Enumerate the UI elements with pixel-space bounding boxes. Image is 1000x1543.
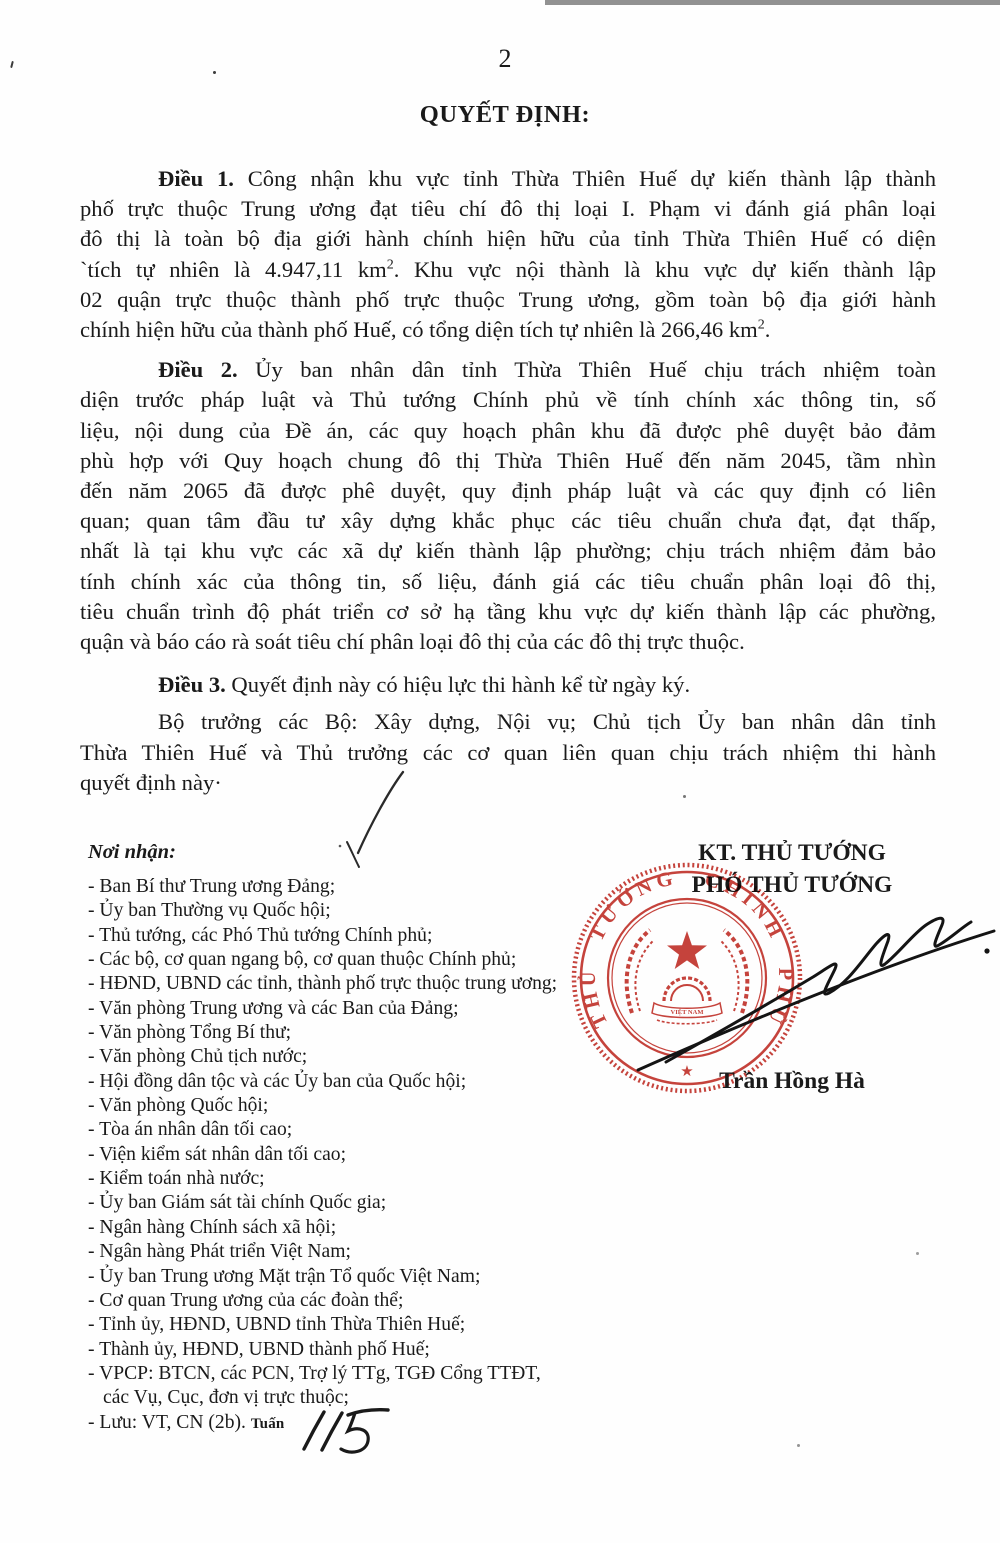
- text-line: đô thị là toàn bộ địa giới hành chính hi…: [80, 224, 936, 254]
- recipient-item: - Hội đồng dân tộc và các Ủy ban của Quố…: [88, 1070, 588, 1094]
- recipient-item: - Ngân hàng Chính sách xã hội;: [88, 1216, 588, 1240]
- recipient-item: - VPCP: BTCN, các PCN, Trợ lý TTg, TGĐ C…: [88, 1362, 588, 1386]
- recipient-item: - Thành ủy, HĐND, UBND thành phố Huế;: [88, 1338, 588, 1362]
- recipient-item: - Tỉnh ủy, HĐND, UBND tỉnh Thừa Thiên Hu…: [88, 1313, 588, 1337]
- text-line: nhất là tại khu vực các xã dự kiến thành…: [80, 536, 936, 566]
- recipient-note-tuan: Tuấn: [251, 1416, 285, 1432]
- recipient-item: - Ủy ban Giám sát tài chính Quốc gia;: [88, 1191, 588, 1215]
- recipient-item: - Cơ quan Trung ương của các đoàn thể;: [88, 1289, 588, 1313]
- recipient-item: - Kiểm toán nhà nước;: [88, 1167, 588, 1191]
- text-line: quan; quan tâm đầu tư xây dựng khắc phục…: [80, 506, 936, 536]
- article-lead: Điều 3.: [158, 672, 226, 697]
- recipient-item: - Thủ tướng, các Phó Thủ tướng Chính phủ…: [88, 924, 588, 948]
- recipient-item: - Tòa án nhân dân tối cao;: [88, 1118, 588, 1142]
- recipient-item: - Ủy ban Thường vụ Quốc hội;: [88, 899, 588, 923]
- scan-speck: [916, 1252, 919, 1255]
- article-2: Điều 2. Ủy ban nhân dân tỉnh Thừa Thiên …: [80, 355, 936, 657]
- recipients-block: Nơi nhận: - Ban Bí thư Trung ương Đảng;-…: [88, 841, 588, 1436]
- text-line: Điều 1. Công nhận khu vực tỉnh Thừa Thiê…: [80, 164, 936, 194]
- text-line: phố trực thuộc Trung ương đạt tiêu chí đ…: [80, 194, 936, 224]
- recipient-item: - Ban Bí thư Trung ương Đảng;: [88, 875, 588, 899]
- recipient-item: - HĐND, UBND các tỉnh, thành phố trực th…: [88, 972, 588, 996]
- scan-speck: [683, 795, 686, 798]
- recipient-item: - Các bộ, cơ quan ngang bộ, cơ quan thuộ…: [88, 948, 588, 972]
- article-lead: Điều 2.: [158, 357, 238, 382]
- text-line: quyết định này·: [80, 768, 936, 798]
- handwritten-mark-115: [295, 1402, 400, 1460]
- article-4: Bộ trưởng các Bộ: Xây dựng, Nội vụ; Chủ …: [80, 707, 936, 798]
- recipient-item: - Ủy ban Trung ương Mặt trận Tổ quốc Việ…: [88, 1265, 588, 1289]
- article-3: Điều 3. Quyết định này có hiệu lực thi h…: [80, 670, 936, 700]
- handwritten-signature: [608, 898, 1000, 1078]
- article-lead: Điều 1.: [158, 166, 234, 191]
- scan-artifact-top: [545, 0, 1000, 5]
- text-line: 02 quận trực thuộc thành phố trực thuộc …: [80, 285, 936, 315]
- document-body: Điều 1. Công nhận khu vực tỉnh Thừa Thiê…: [80, 164, 936, 798]
- scan-speck: [797, 1444, 800, 1447]
- text-line: quận và báo cáo rà soát tiêu chí phân lo…: [80, 627, 936, 657]
- recipient-item: - Văn phòng Tổng Bí thư;: [88, 1021, 588, 1045]
- text-line: diện trước pháp luật và Thủ tướng Chính …: [80, 385, 936, 415]
- text-line: liệu, nội dung của Đề án, các quy hoạch …: [80, 416, 936, 446]
- recipients-list: - Ban Bí thư Trung ương Đảng;- Ủy ban Th…: [88, 875, 588, 1436]
- text-line: Thừa Thiên Huế và Thủ trưởng các cơ quan…: [80, 738, 936, 768]
- text-line: đến năm 2065 đã được phê duyệt, quy định…: [80, 476, 936, 506]
- recipient-item: - Ngân hàng Phát triển Việt Nam;: [88, 1240, 588, 1264]
- pen-stroke-marks: [330, 750, 420, 875]
- article-1: Điều 1. Công nhận khu vực tỉnh Thừa Thiê…: [80, 164, 936, 345]
- text-line: Bộ trưởng các Bộ: Xây dựng, Nội vụ; Chủ …: [80, 707, 936, 737]
- text-line: tính chính xác của thông tin, số liệu, đ…: [80, 567, 936, 597]
- document-title: QUYẾT ĐỊNH:: [0, 101, 1000, 129]
- text-line: tiêu chuẩn trình độ phát triển cơ sở hạ …: [80, 597, 936, 627]
- text-line: phù hợp với Quy hoạch chung đô thị Thừa …: [80, 446, 936, 476]
- recipient-item: - Văn phòng Chủ tịch nước;: [88, 1045, 588, 1069]
- superscript-2: 2: [758, 317, 765, 332]
- text-line: Điều 2. Ủy ban nhân dân tỉnh Thừa Thiên …: [80, 355, 936, 385]
- text-line: chính hiện hữu của thành phố Huế, có tổn…: [80, 315, 936, 345]
- superscript-2: 2: [387, 257, 394, 272]
- page-number: 2: [0, 44, 1000, 74]
- recipient-item: - Văn phòng Quốc hội;: [88, 1094, 588, 1118]
- document-page: 2 QUYẾT ĐỊNH: Điều 1. Công nhận khu vực …: [0, 0, 1000, 1543]
- text-line: Điều 3. Quyết định này có hiệu lực thi h…: [80, 670, 936, 700]
- signer-name: Trần Hồng Hà: [618, 1068, 966, 1095]
- recipient-item: - Viện kiểm sát nhân dân tối cao;: [88, 1143, 588, 1167]
- text-line: `tích tự nhiên là 4.947,11 km2. Khu vực …: [80, 255, 936, 285]
- recipient-item: - Văn phòng Trung ương và các Ban của Đả…: [88, 997, 588, 1021]
- scan-speck: [213, 71, 216, 74]
